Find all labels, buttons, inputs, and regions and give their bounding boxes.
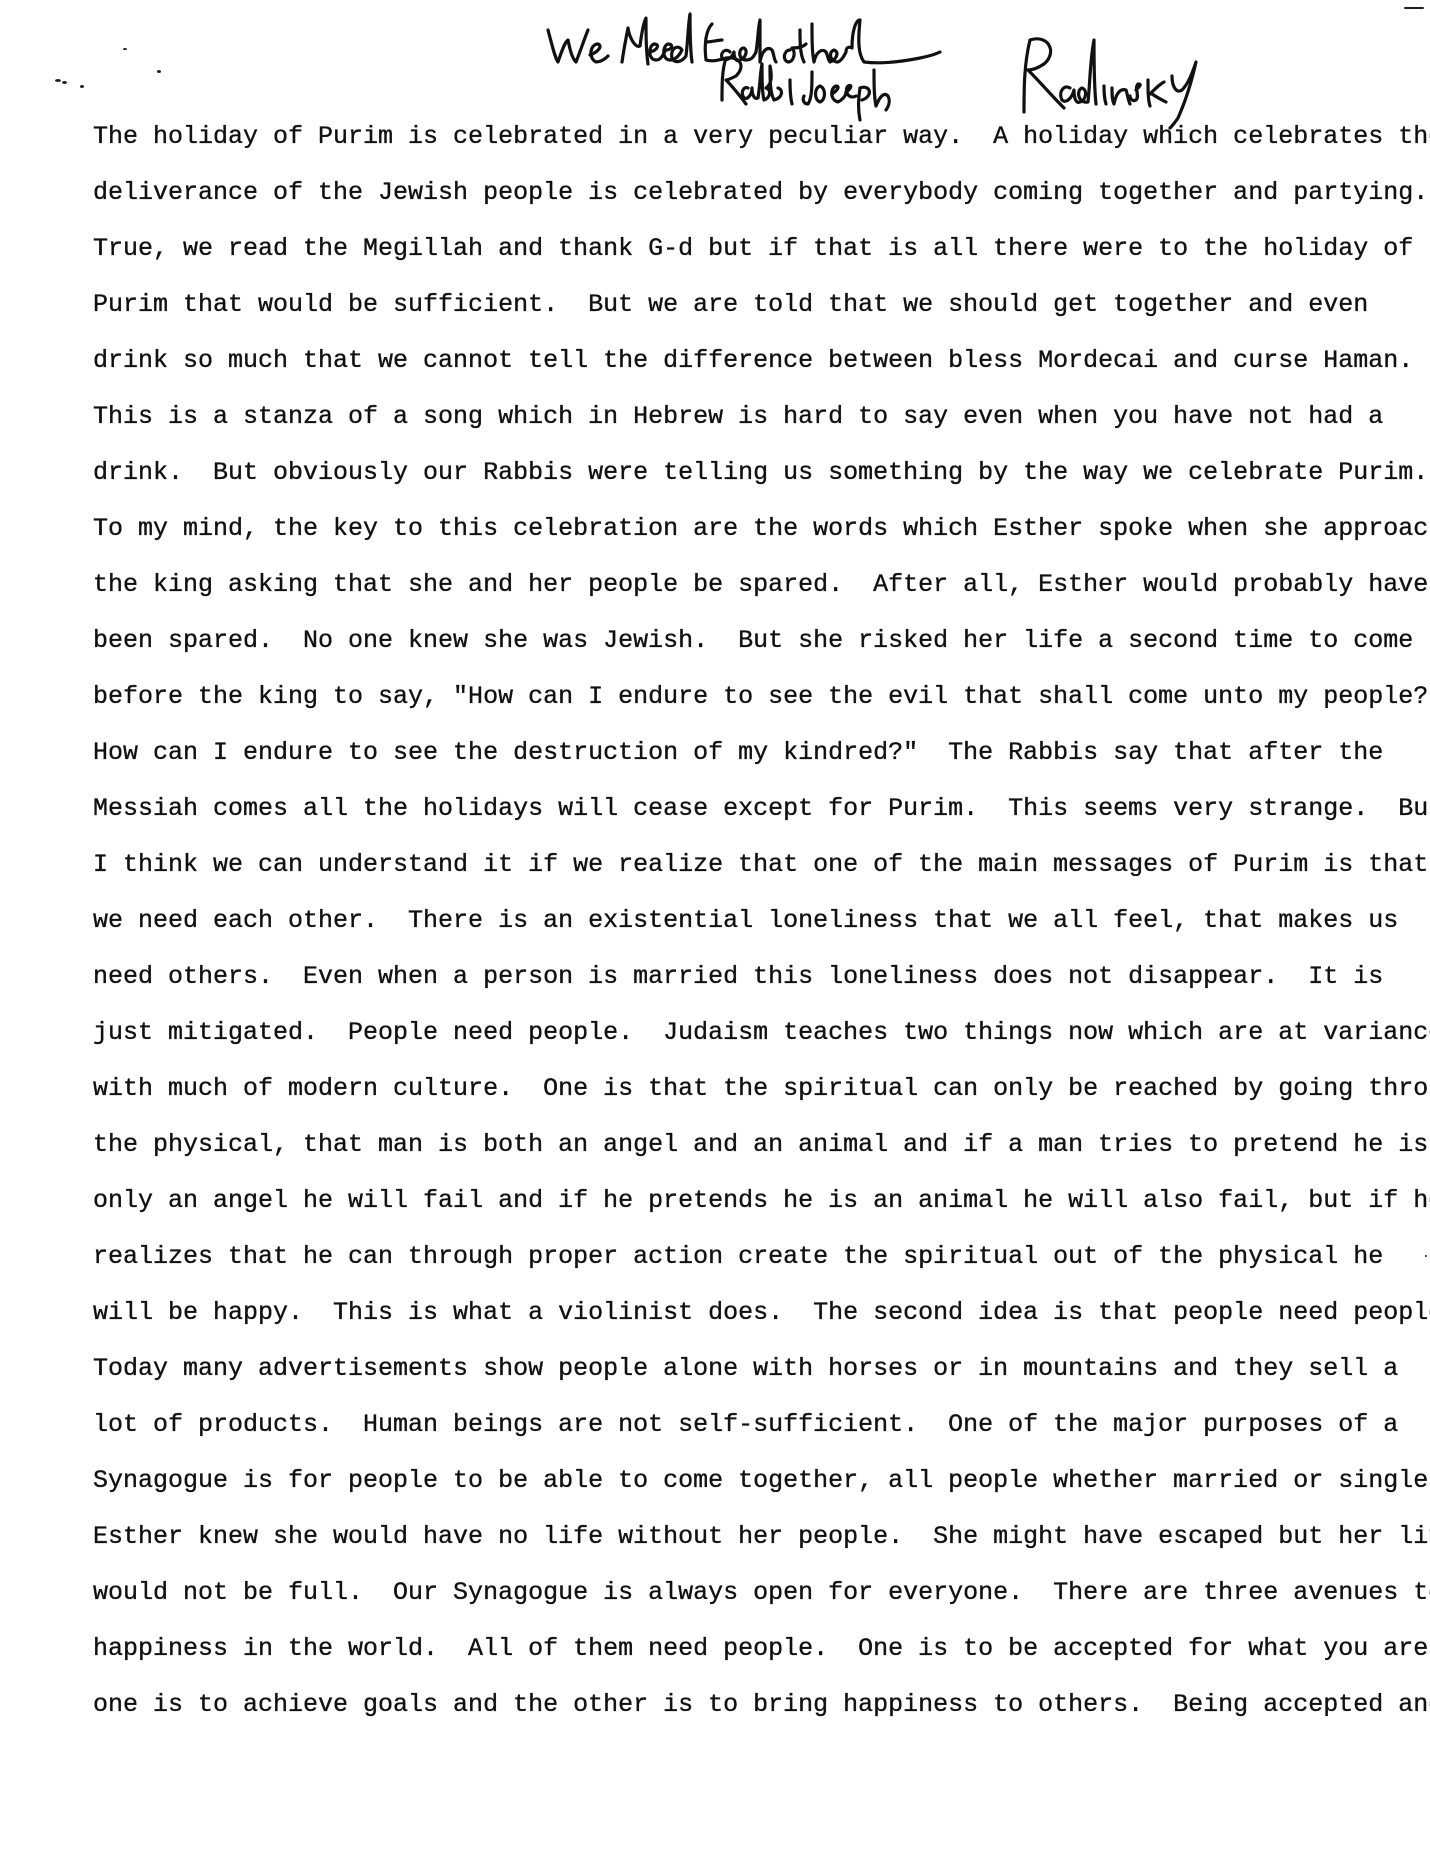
text-line: drink. But obviously our Rabbis were tel… [93,460,1428,485]
text-line: To my mind, the key to this celebration … [93,516,1430,541]
text-line: happiness in the world. All of them need… [93,1636,1430,1661]
text-line: Esther knew she would have no life witho… [93,1524,1430,1549]
text-line: the king asking that she and her people … [93,572,1428,597]
text-line: will be happy. This is what a violinist … [93,1300,1430,1325]
text-line: Messiah comes all the holidays will ceas… [93,796,1430,821]
document-page: We need Each other Rabbi Joseph Radinsky… [0,0,1430,1851]
scan-speck [123,48,127,50]
text-line: the physical, that man is both an angel … [93,1132,1428,1157]
text-line: one is to achieve goals and the other is… [93,1692,1430,1717]
text-line: need others. Even when a person is marri… [93,964,1383,989]
text-line: drink so much that we cannot tell the di… [93,348,1413,373]
text-line: deliverance of the Jewish people is cele… [93,180,1428,205]
text-line: Today many advertisements show people al… [93,1356,1398,1381]
text-line: would not be full. Our Synagogue is alwa… [93,1580,1430,1605]
text-line: realizes that he can through proper acti… [93,1244,1383,1269]
scan-speck [62,81,67,84]
text-line: only an angel he will fail and if he pre… [93,1188,1430,1213]
text-line: with much of modern culture. One is that… [93,1076,1430,1101]
text-line: True, we read the Megillah and thank G-d… [93,236,1413,261]
text-line: The holiday of Purim is celebrated in a … [93,124,1430,149]
text-line: I think we can understand it if we reali… [93,852,1428,877]
scan-speck [157,70,161,73]
text-line: How can I endure to see the destruction … [93,740,1383,765]
text-line: just mitigated. People need people. Juda… [93,1020,1430,1045]
text-line: Purim that would be sufficient. But we a… [93,292,1368,317]
text-line: lot of products. Human beings are not se… [93,1412,1398,1437]
scan-speck [1425,1255,1427,1257]
scan-speck [1404,7,1424,9]
text-line: been spared. No one knew she was Jewish.… [93,628,1413,653]
text-line: we need each other. There is an existent… [93,908,1398,933]
text-line: This is a stanza of a song which in Hebr… [93,404,1383,429]
text-line: before the king to say, "How can I endur… [93,684,1428,709]
text-line: Synagogue is for people to be able to co… [93,1468,1430,1493]
scan-speck [55,79,61,82]
scan-speck [80,85,84,88]
handwritten-header: We need Each other Rabbi Joseph Radinsky [0,0,1430,130]
handwriting-strokes [0,0,1430,130]
